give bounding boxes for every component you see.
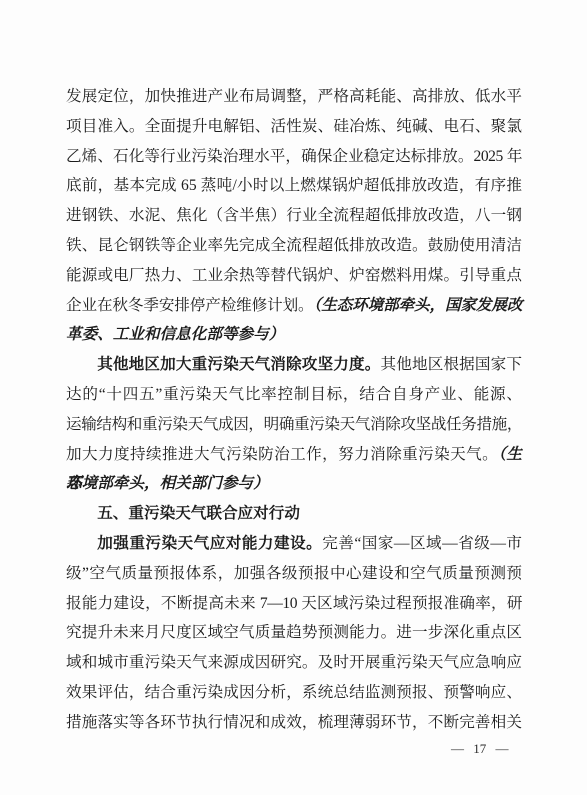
text-line: 乙烯、石化等行业污染治理水平，确保企业稳定达标排放。2025 年 [66,142,522,172]
text-line: 究提升未来月尺度区域空气质量趋势预测能力。进一步深化重点区 [66,618,522,648]
text-line: 环境部牵头，相关部门参与） [66,469,522,499]
text-line: 其他地区加大重污染天气消除攻坚力度。其他地区根据国家下 [66,350,522,380]
text-line: 能源或电厂热力、工业余热等替代锅炉、炉窑燃料用煤。引导重点 [66,261,522,291]
text-line: 企业在秋冬季安排停产检维修计划。（生态环境部牵头，国家发展改 [66,291,522,321]
body-text: 加大力度持续推进大气污染防治工作，努力消除重污染天气。 [66,446,498,463]
body-text: 企业在秋冬季安排停产检维修计划。 [66,297,314,314]
text-line: 级”空气质量预报体系，加强各级预报中心建设和空气质量预测预 [66,559,522,589]
body-text: 域和城市重污染天气来源成因研究。及时开展重污染天气应急响应 [66,654,522,671]
text-line: 五、重污染天气联合应对行动 [66,499,522,529]
body-text: 达的“十四五”重污染天气比率控制目标，结合自身产业、能源、 [66,386,522,403]
text-line: 报能力建设，不断提高未来 7—10 天区域污染过程预报准确率，研 [66,589,522,619]
text-line: 铁、昆仑钢铁等企业率先完成全流程超低排放改造。鼓励使用清洁 [66,231,522,261]
text-line: 达的“十四五”重污染天气比率控制目标，结合自身产业、能源、 [66,380,522,410]
document-body: 发展定位，加快推进产业布局调整，严格高耗能、高排放、低水平项目准入。全面提升电解… [66,82,522,738]
text-line: 域和城市重污染天气来源成因研究。及时开展重污染天气应急响应 [66,648,522,678]
text-line: 加大力度持续推进大气污染防治工作，努力消除重污染天气。（生态 [66,440,522,470]
text-line: 运输结构和重污染天气成因，明确重污染天气消除攻坚战任务措施， [66,410,522,440]
body-text: 级”空气质量预报体系，加强各级预报中心建设和空气质量预测预 [66,565,522,582]
text-line: 效果评估，结合重污染成因分析，系统总结监测预报、预警响应、 [66,678,522,708]
body-text: 乙烯、石化等行业污染治理水平，确保企业稳定达标排放。2025 年 [66,148,522,165]
body-text: 进钢铁、水泥、焦化（含半焦）行业全流程超低排放改造，八一钢 [66,207,522,224]
text-line: 措施落实等各环节执行情况和成效，梳理薄弱环节，不断完善相关 [66,708,522,738]
text-line: 发展定位，加快推进产业布局调整，严格高耗能、高排放、低水平 [66,82,522,112]
section-heading: 五、重污染天气联合应对行动 [97,505,300,522]
text-line: 加强重污染天气应对能力建设。完善“国家—区域—省级—市 [66,529,522,559]
body-text: 完善“国家—区域—省级—市 [322,535,522,552]
text-line: 底前，基本完成 65 蒸吨/小时以上燃煤锅炉超低排放改造，有序推 [66,171,522,201]
body-text: 发展定位，加快推进产业布局调整，严格高耗能、高排放、低水平 [66,88,522,105]
text-line: 革委、工业和信息化部等参与） [66,320,522,350]
attribution-text: 革委、工业和信息化部等参与） [66,326,284,343]
body-text: 运输结构和重污染天气成因，明确重污染天气消除攻坚战任务措施， [66,416,522,433]
body-text: 其他地区根据国家下 [380,356,522,373]
body-text: 项目准入。全面提升电解铝、活性炭、硅冶炼、纯碱、电石、聚氯 [66,118,522,135]
page-footer: — 17 — [451,741,509,757]
page-number: — 17 — [451,741,509,756]
body-text: 措施落实等各环节执行情况和成效，梳理薄弱环节，不断完善相关 [66,714,522,731]
lead-phrase: 其他地区加大重污染天气消除攻坚力度。 [97,356,380,373]
text-line: 项目准入。全面提升电解铝、活性炭、硅冶炼、纯碱、电石、聚氯 [66,112,522,142]
body-text: 究提升未来月尺度区域空气质量趋势预测能力。进一步深化重点区 [66,624,522,641]
body-text: 报能力建设，不断提高未来 7—10 天区域污染过程预报准确率，研 [66,595,522,612]
attribution-text: 环境部牵头，相关部门参与） [66,475,269,492]
attribution-text: （生态环境部牵头，国家发展改 [314,297,522,314]
document-page: 发展定位，加快推进产业布局调整，严格高耗能、高排放、低水平项目准入。全面提升电解… [0,0,587,795]
body-text: 效果评估，结合重污染成因分析，系统总结监测预报、预警响应、 [66,684,522,701]
body-text: 铁、昆仑钢铁等企业率先完成全流程超低排放改造。鼓励使用清洁 [66,237,522,254]
body-text: 底前，基本完成 65 蒸吨/小时以上燃煤锅炉超低排放改造，有序推 [66,177,522,194]
body-text: 能源或电厂热力、工业余热等替代锅炉、炉窑燃料用煤。引导重点 [66,267,522,284]
text-line: 进钢铁、水泥、焦化（含半焦）行业全流程超低排放改造，八一钢 [66,201,522,231]
lead-phrase: 加强重污染天气应对能力建设。 [97,535,322,552]
